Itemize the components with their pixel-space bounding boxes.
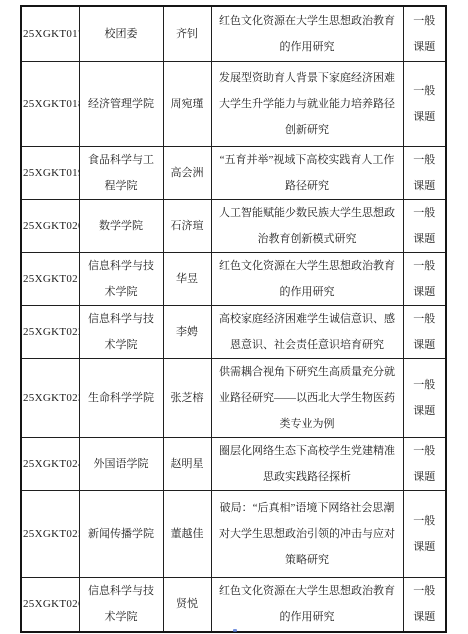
cell-college: 校团委 bbox=[79, 6, 163, 61]
cell-college: 信息科学与技术学院 bbox=[79, 305, 163, 358]
cell-college: 信息科学与技术学院 bbox=[79, 252, 163, 305]
cell-college: 信息科学与技术学院 bbox=[79, 577, 163, 632]
cell-leader: 赵明星 bbox=[163, 437, 211, 490]
cell-college: 新闻传播学院 bbox=[79, 490, 163, 577]
cell-college: 食品科学与工程学院 bbox=[79, 146, 163, 199]
cell-category: 一般课题 bbox=[403, 199, 446, 252]
table-row: 25XGKT020 数学学院 石济瑄 人工智能赋能少数民族大学生思想政治教育创新… bbox=[21, 199, 446, 252]
cell-project-id: 25XGKT020 bbox=[21, 199, 79, 252]
table-row: 25XGKT018 经济管理学院 周宛瑾 发展型资助育人背景下家庭经济困难大学生… bbox=[21, 61, 446, 146]
cell-leader: 贤悦 bbox=[163, 577, 211, 632]
cell-project-id: 25XGKT024 bbox=[21, 437, 79, 490]
cell-category: 一般课题 bbox=[403, 252, 446, 305]
cell-category: 一般课题 bbox=[403, 61, 446, 146]
cell-title: 红色文化资源在大学生思想政治教育的作用研究 bbox=[211, 6, 403, 61]
table-row: 25XGKT019 食品科学与工程学院 高会洲 “五育并举”视域下高校实践育人工… bbox=[21, 146, 446, 199]
cell-leader: 董越佳 bbox=[163, 490, 211, 577]
cell-project-id: 25XGKT019 bbox=[21, 146, 79, 199]
cell-category: 一般课题 bbox=[403, 6, 446, 61]
cell-project-id: 25XGKT026 bbox=[21, 577, 79, 632]
cell-title: 人工智能赋能少数民族大学生思想政治教育创新模式研究 bbox=[211, 199, 403, 252]
cell-title: “五育并举”视域下高校实践育人工作路径研究 bbox=[211, 146, 403, 199]
cell-project-id: 25XGKT022 bbox=[21, 305, 79, 358]
cell-title: 红色文化资源在大学生思想政治教育的作用研究 bbox=[211, 577, 403, 632]
cell-project-id: 25XGKT023 bbox=[21, 358, 79, 437]
cell-leader: 石济瑄 bbox=[163, 199, 211, 252]
cell-category: 一般课题 bbox=[403, 490, 446, 577]
table-row: 25XGKT022 信息科学与技术学院 李娉 高校家庭经济困难学生诚信意识、感恩… bbox=[21, 305, 446, 358]
cell-title: 供需耦合视角下研究生高质量充分就业路径研究——以西北大学生物医药类专业为例 bbox=[211, 358, 403, 437]
table-row: 25XGKT017 校团委 齐钊 红色文化资源在大学生思想政治教育的作用研究 一… bbox=[21, 6, 446, 61]
cell-category: 一般课题 bbox=[403, 305, 446, 358]
cell-leader: 张芝榕 bbox=[163, 358, 211, 437]
cell-title: 高校家庭经济困难学生诚信意识、感恩意识、社会责任意识培育研究 bbox=[211, 305, 403, 358]
table-row: 25XGKT025 新闻传播学院 董越佳 破局：“后真相”语境下网络社会思潮对大… bbox=[21, 490, 446, 577]
table-row: 25XGKT021 信息科学与技术学院 华昱 红色文化资源在大学生思想政治教育的… bbox=[21, 252, 446, 305]
table-row: 25XGKT024 外国语学院 赵明星 圈层化网络生态下高校学生党建精准思政实践… bbox=[21, 437, 446, 490]
cell-leader: 齐钊 bbox=[163, 6, 211, 61]
cell-category: 一般课题 bbox=[403, 437, 446, 490]
cell-leader: 李娉 bbox=[163, 305, 211, 358]
cell-college: 生命科学学院 bbox=[79, 358, 163, 437]
cell-college: 外国语学院 bbox=[79, 437, 163, 490]
cell-leader: 华昱 bbox=[163, 252, 211, 305]
cell-project-id: 25XGKT018 bbox=[21, 61, 79, 146]
cell-project-id: 25XGKT025 bbox=[21, 490, 79, 577]
document-page: 25XGKT017 校团委 齐钊 红色文化资源在大学生思想政治教育的作用研究 一… bbox=[0, 0, 468, 634]
cell-title: 破局：“后真相”语境下网络社会思潮对大学生思想政治引领的冲击与应对策略研究 bbox=[211, 490, 403, 577]
cell-title: 圈层化网络生态下高校学生党建精准思政实践路径探析 bbox=[211, 437, 403, 490]
cell-title: 红色文化资源在大学生思想政治教育的作用研究 bbox=[211, 252, 403, 305]
table-row: 25XGKT026 信息科学与技术学院 贤悦 红色文化资源在大学生思想政治教育的… bbox=[21, 577, 446, 632]
cell-project-id: 25XGKT021 bbox=[21, 252, 79, 305]
table-row: 25XGKT023 生命科学学院 张芝榕 供需耦合视角下研究生高质量充分就业路径… bbox=[21, 358, 446, 437]
cell-category: 一般课题 bbox=[403, 146, 446, 199]
cell-project-id: 25XGKT017 bbox=[21, 6, 79, 61]
project-approval-table: 25XGKT017 校团委 齐钊 红色文化资源在大学生思想政治教育的作用研究 一… bbox=[20, 5, 447, 633]
cell-college: 数学学院 bbox=[79, 199, 163, 252]
cell-leader: 周宛瑾 bbox=[163, 61, 211, 146]
cell-category: 一般课题 bbox=[403, 358, 446, 437]
stray-mark bbox=[233, 629, 237, 632]
cell-leader: 高会洲 bbox=[163, 146, 211, 199]
cell-category: 一般课题 bbox=[403, 577, 446, 632]
cell-title: 发展型资助育人背景下家庭经济困难大学生升学能力与就业能力培养路径创新研究 bbox=[211, 61, 403, 146]
cell-college: 经济管理学院 bbox=[79, 61, 163, 146]
